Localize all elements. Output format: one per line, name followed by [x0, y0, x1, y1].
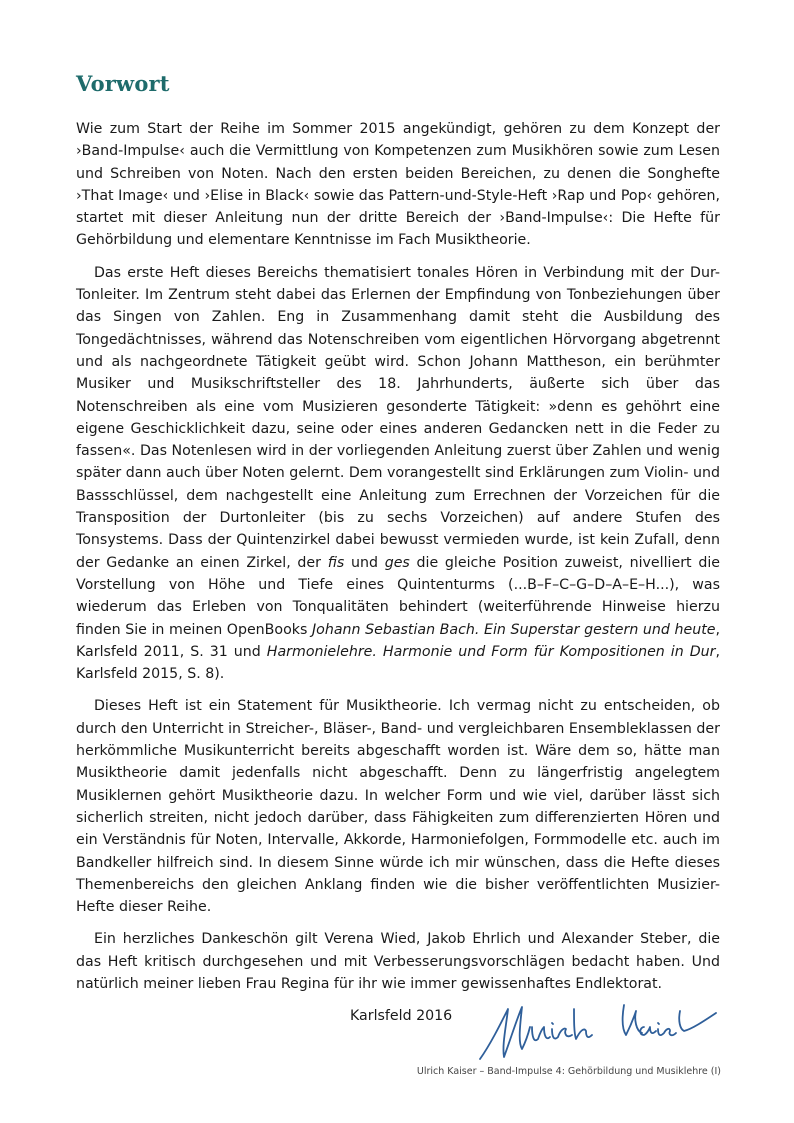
body-text: Wie zum Start der Reihe im Sommer 2015 a…: [76, 118, 720, 1075]
closing: Karlsfeld 2016: [76, 1005, 720, 1075]
paragraph-acknowledgements: Ein herzliches Dankeschön gilt Verena Wi…: [76, 928, 720, 995]
paragraph-first-booklet: Das erste Heft dieses Bereichs thematisi…: [76, 262, 720, 686]
paragraph-statement: Dieses Heft ist ein Statement für Musikt…: [76, 695, 720, 918]
book-title-bach: Johann Sebastian Bach. Ein Superstar ges…: [312, 622, 716, 638]
signature-icon: [476, 997, 726, 1067]
page-content: Vorwort Wie zum Start der Reihe im Somme…: [76, 70, 720, 1075]
place-date: Karlsfeld 2016: [350, 1005, 452, 1027]
paragraph-intro: Wie zum Start der Reihe im Sommer 2015 a…: [76, 118, 720, 252]
book-title-harmonielehre: Harmonielehre. Harmonie und Form für Kom…: [267, 644, 716, 660]
page-title: Vorwort: [76, 70, 720, 98]
page-footer: Ulrich Kaiser – Band-Impulse 4: Gehörbil…: [417, 1066, 721, 1077]
